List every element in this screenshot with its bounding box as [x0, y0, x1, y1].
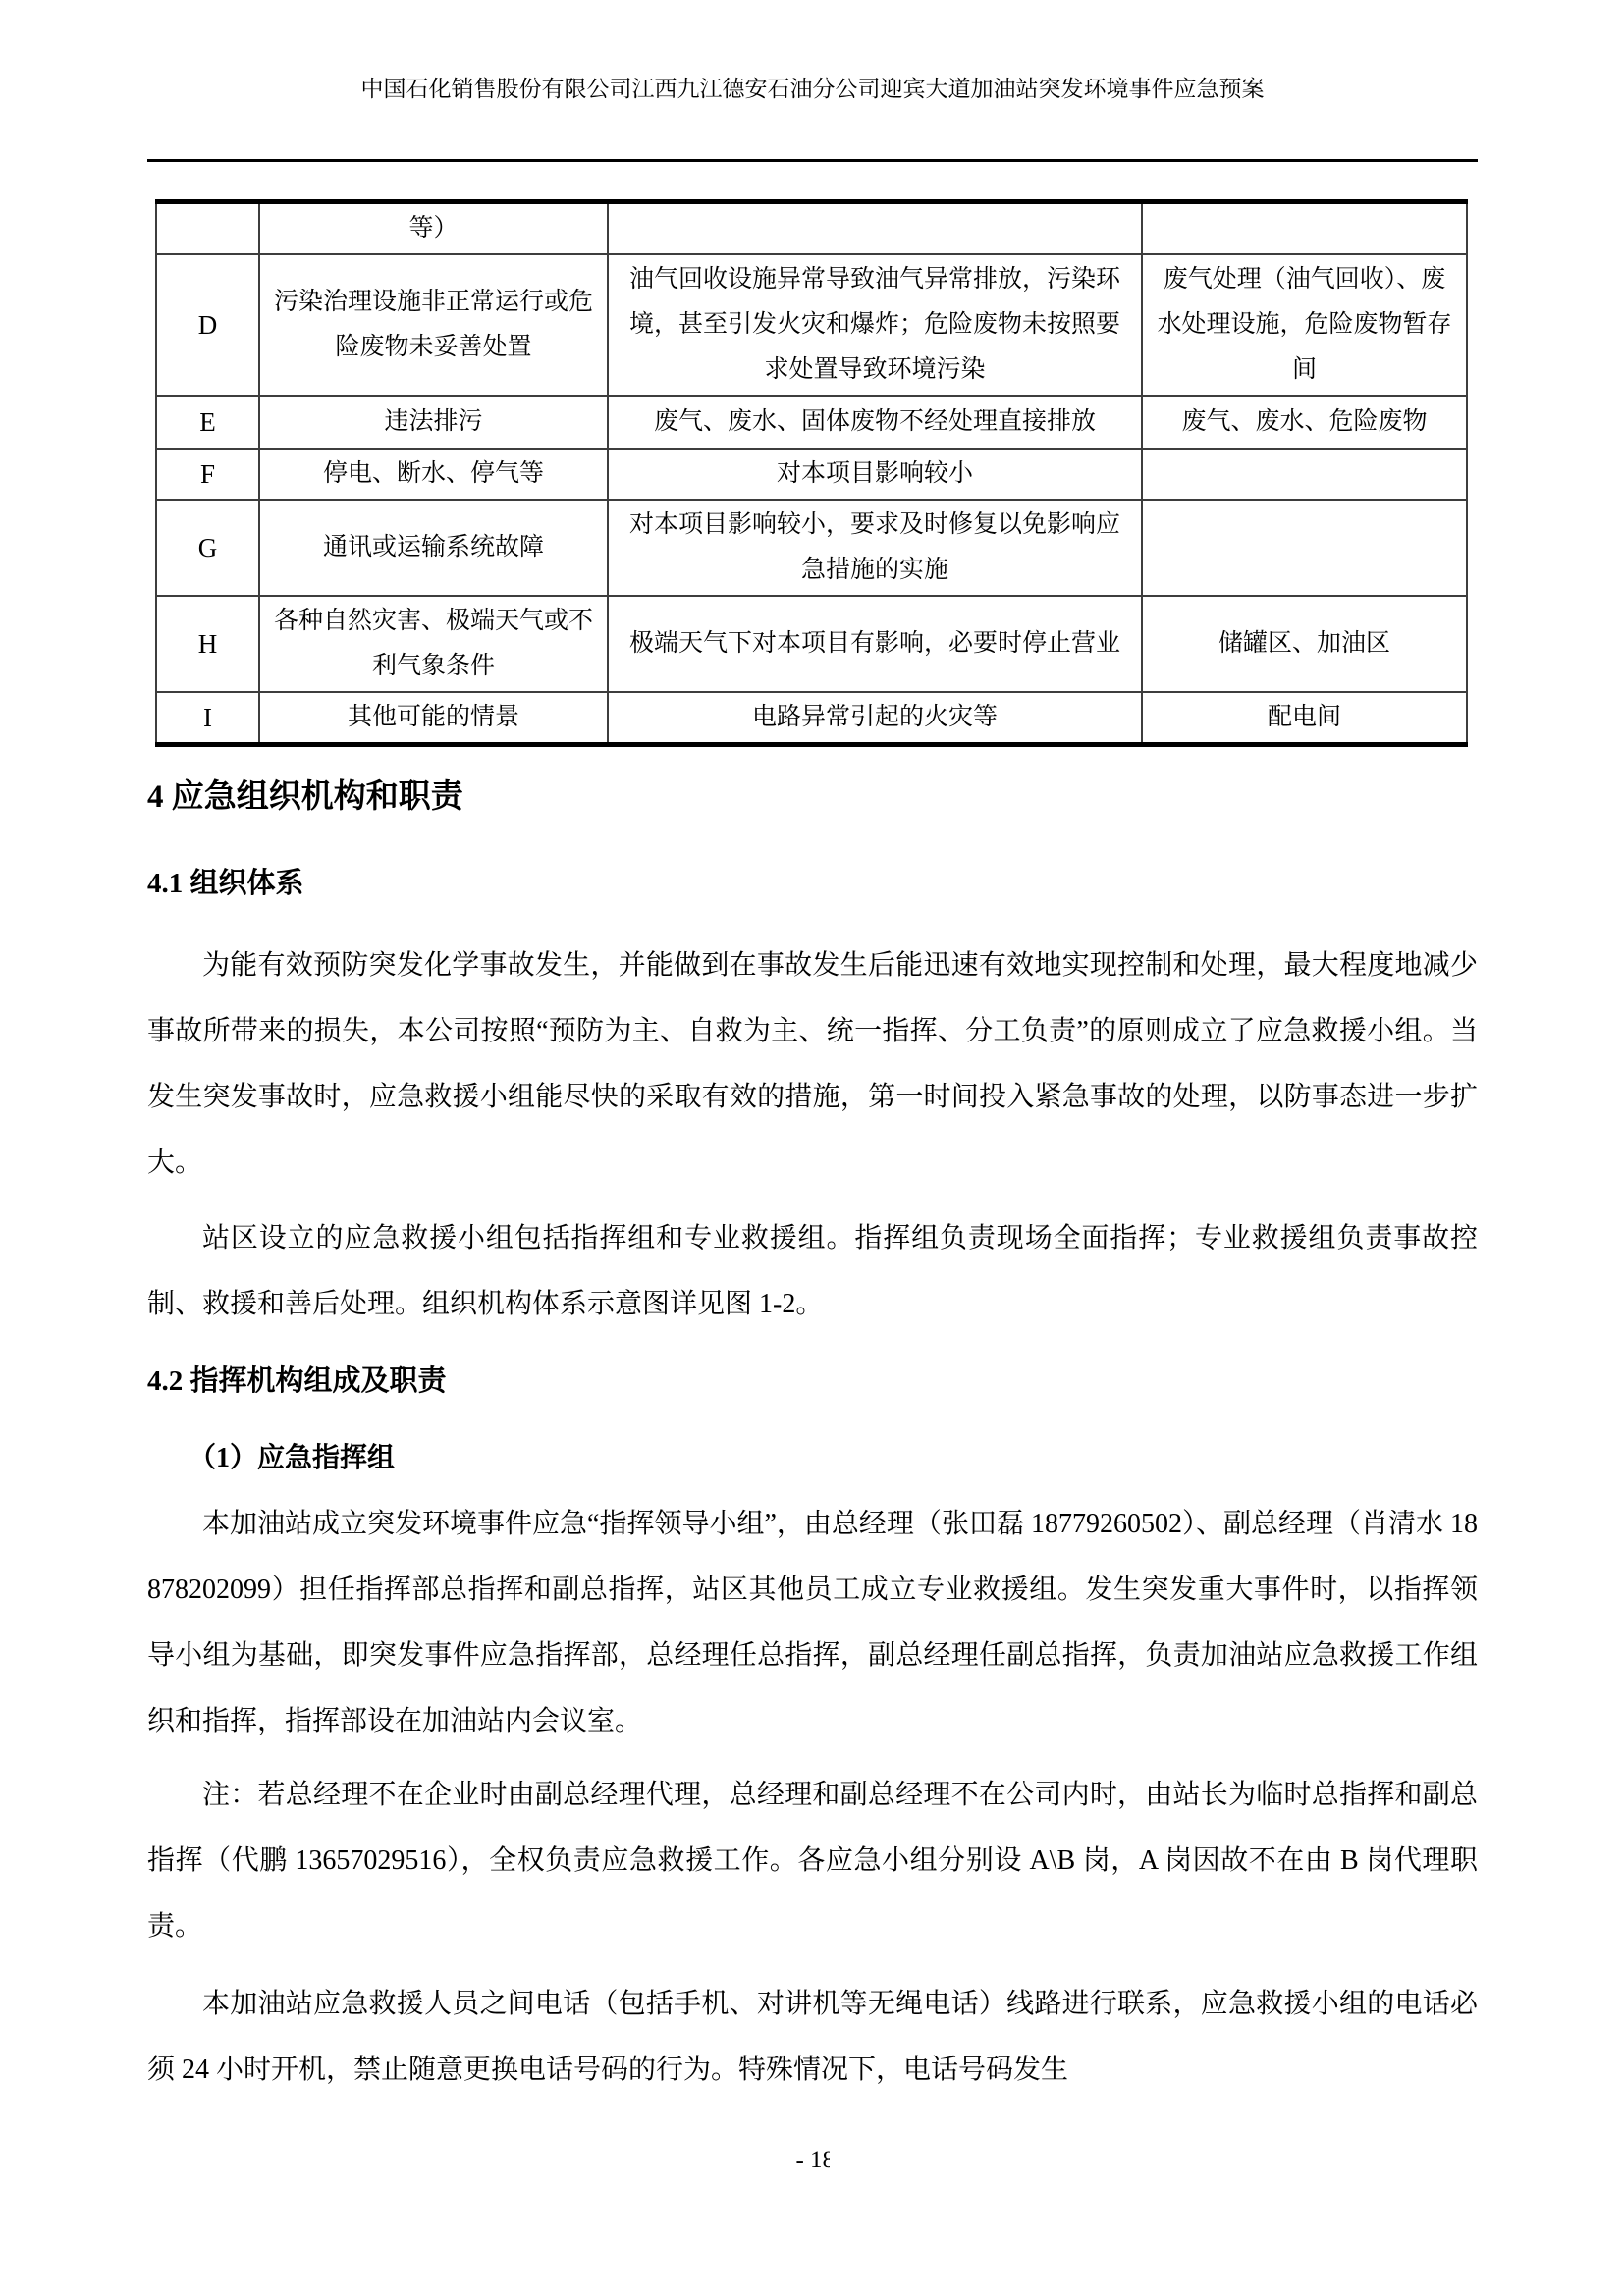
table-cell: 废气、废水、固体废物不经处理直接排放 [608, 396, 1142, 449]
table-cell [1142, 449, 1467, 500]
row-label-cell: I [156, 692, 259, 745]
table-cell: 其他可能的情景 [259, 692, 608, 745]
scenario-table: 等） D 污染治理设施非正常运行或危险废物未妥善处置 油气回收设施异常导致油气异… [155, 199, 1468, 747]
running-header-title: 中国石化销售股份有限公司江西九江德安石油分公司迎宾大道加油站突发环境事件应急预案 [361, 77, 1265, 101]
page-number-text: - 1 [795, 2147, 822, 2173]
table-cell: 通讯或运输系统故障 [259, 500, 608, 596]
paragraph-command-group: 本加油站成立突发环境事件应急“指挥领导小组”，由总经理（张田磊 18779260… [147, 1491, 1478, 1754]
table-cell: 油气回收设施异常导致油气异常排放，污染环境，甚至引发火灾和爆炸；危险废物未按照要… [608, 254, 1142, 396]
table-cell: 对本项目影响较小 [608, 449, 1142, 500]
page-number-clipped-digit: 8 [823, 2146, 830, 2175]
table-cell: 各种自然灾害、极端天气或不利气象条件 [259, 596, 608, 692]
running-header: 中国石化销售股份有限公司江西九江德安石油分公司迎宾大道加油站突发环境事件应急预案 [147, 75, 1478, 162]
subheading-emergency-command-group: （1）应急指挥组 [189, 1440, 1478, 1477]
table-cell: 违法排污 [259, 396, 608, 449]
section-heading-4-2: 4.2 指挥机构组成及职责 [147, 1362, 1478, 1401]
table-cell: 储罐区、加油区 [1142, 596, 1467, 692]
row-label-cell: E [156, 396, 259, 449]
table-row: H 各种自然灾害、极端天气或不利气象条件 极端天气下对本项目有影响，必要时停止营… [156, 596, 1467, 692]
row-label-cell: D [156, 254, 259, 396]
paragraph-organization-1: 为能有效预防突发化学事故发生，并能做到在事故发生后能迅速有效地实现控制和处理，最… [147, 933, 1478, 1196]
row-label-cell: G [156, 500, 259, 596]
table-cell: 等） [259, 202, 608, 255]
table-row: G 通讯或运输系统故障 对本项目影响较小，要求及时修复以免影响应急措施的实施 [156, 500, 1467, 596]
table-row: 等） [156, 202, 1467, 255]
paragraph-communication: 本加油站应急救援人员之间电话（包括手机、对讲机等无绳电话）线路进行联系，应急救援… [147, 1971, 1478, 2103]
table-cell: 极端天气下对本项目有影响，必要时停止营业 [608, 596, 1142, 692]
table-cell: 废气、废水、危险废物 [1142, 396, 1467, 449]
page-number: - 18 [147, 2146, 1478, 2175]
table-cell: 电路异常引起的火灾等 [608, 692, 1142, 745]
section-heading-4-1: 4.1 组织体系 [147, 865, 1478, 903]
table-row: F 停电、断水、停气等 对本项目影响较小 [156, 449, 1467, 500]
table-cell: 停电、断水、停气等 [259, 449, 608, 500]
table-cell: 对本项目影响较小，要求及时修复以免影响应急措施的实施 [608, 500, 1142, 596]
row-label-cell [156, 202, 259, 255]
paragraph-organization-2: 站区设立的应急救援小组包括指挥组和专业救援组。指挥组负责现场全面指挥；专业救援组… [147, 1205, 1478, 1337]
table-row: D 污染治理设施非正常运行或危险废物未妥善处置 油气回收设施异常导致油气异常排放… [156, 254, 1467, 396]
document-page: { "header": { "title": "中国石化销售股份有限公司江西九江… [0, 0, 1624, 2296]
table-cell [1142, 500, 1467, 596]
table-cell [1142, 202, 1467, 255]
paragraph-note: 注：若总经理不在企业时由副总经理代理，总经理和副总经理不在公司内时，由站长为临时… [147, 1762, 1478, 1959]
table-row: I 其他可能的情景 电路异常引起的火灾等 配电间 [156, 692, 1467, 745]
table-cell: 废气处理（油气回收）、废水处理设施，危险废物暂存间 [1142, 254, 1467, 396]
table-cell [608, 202, 1142, 255]
section-heading-4: 4 应急组织机构和职责 [147, 778, 1478, 818]
table-cell: 配电间 [1142, 692, 1467, 745]
row-label-cell: F [156, 449, 259, 500]
table-row: E 违法排污 废气、废水、固体废物不经处理直接排放 废气、废水、危险废物 [156, 396, 1467, 449]
page: 中国石化销售股份有限公司江西九江德安石油分公司迎宾大道加油站突发环境事件应急预案… [147, 0, 1478, 2175]
table-cell: 污染治理设施非正常运行或危险废物未妥善处置 [259, 254, 608, 396]
row-label-cell: H [156, 596, 259, 692]
